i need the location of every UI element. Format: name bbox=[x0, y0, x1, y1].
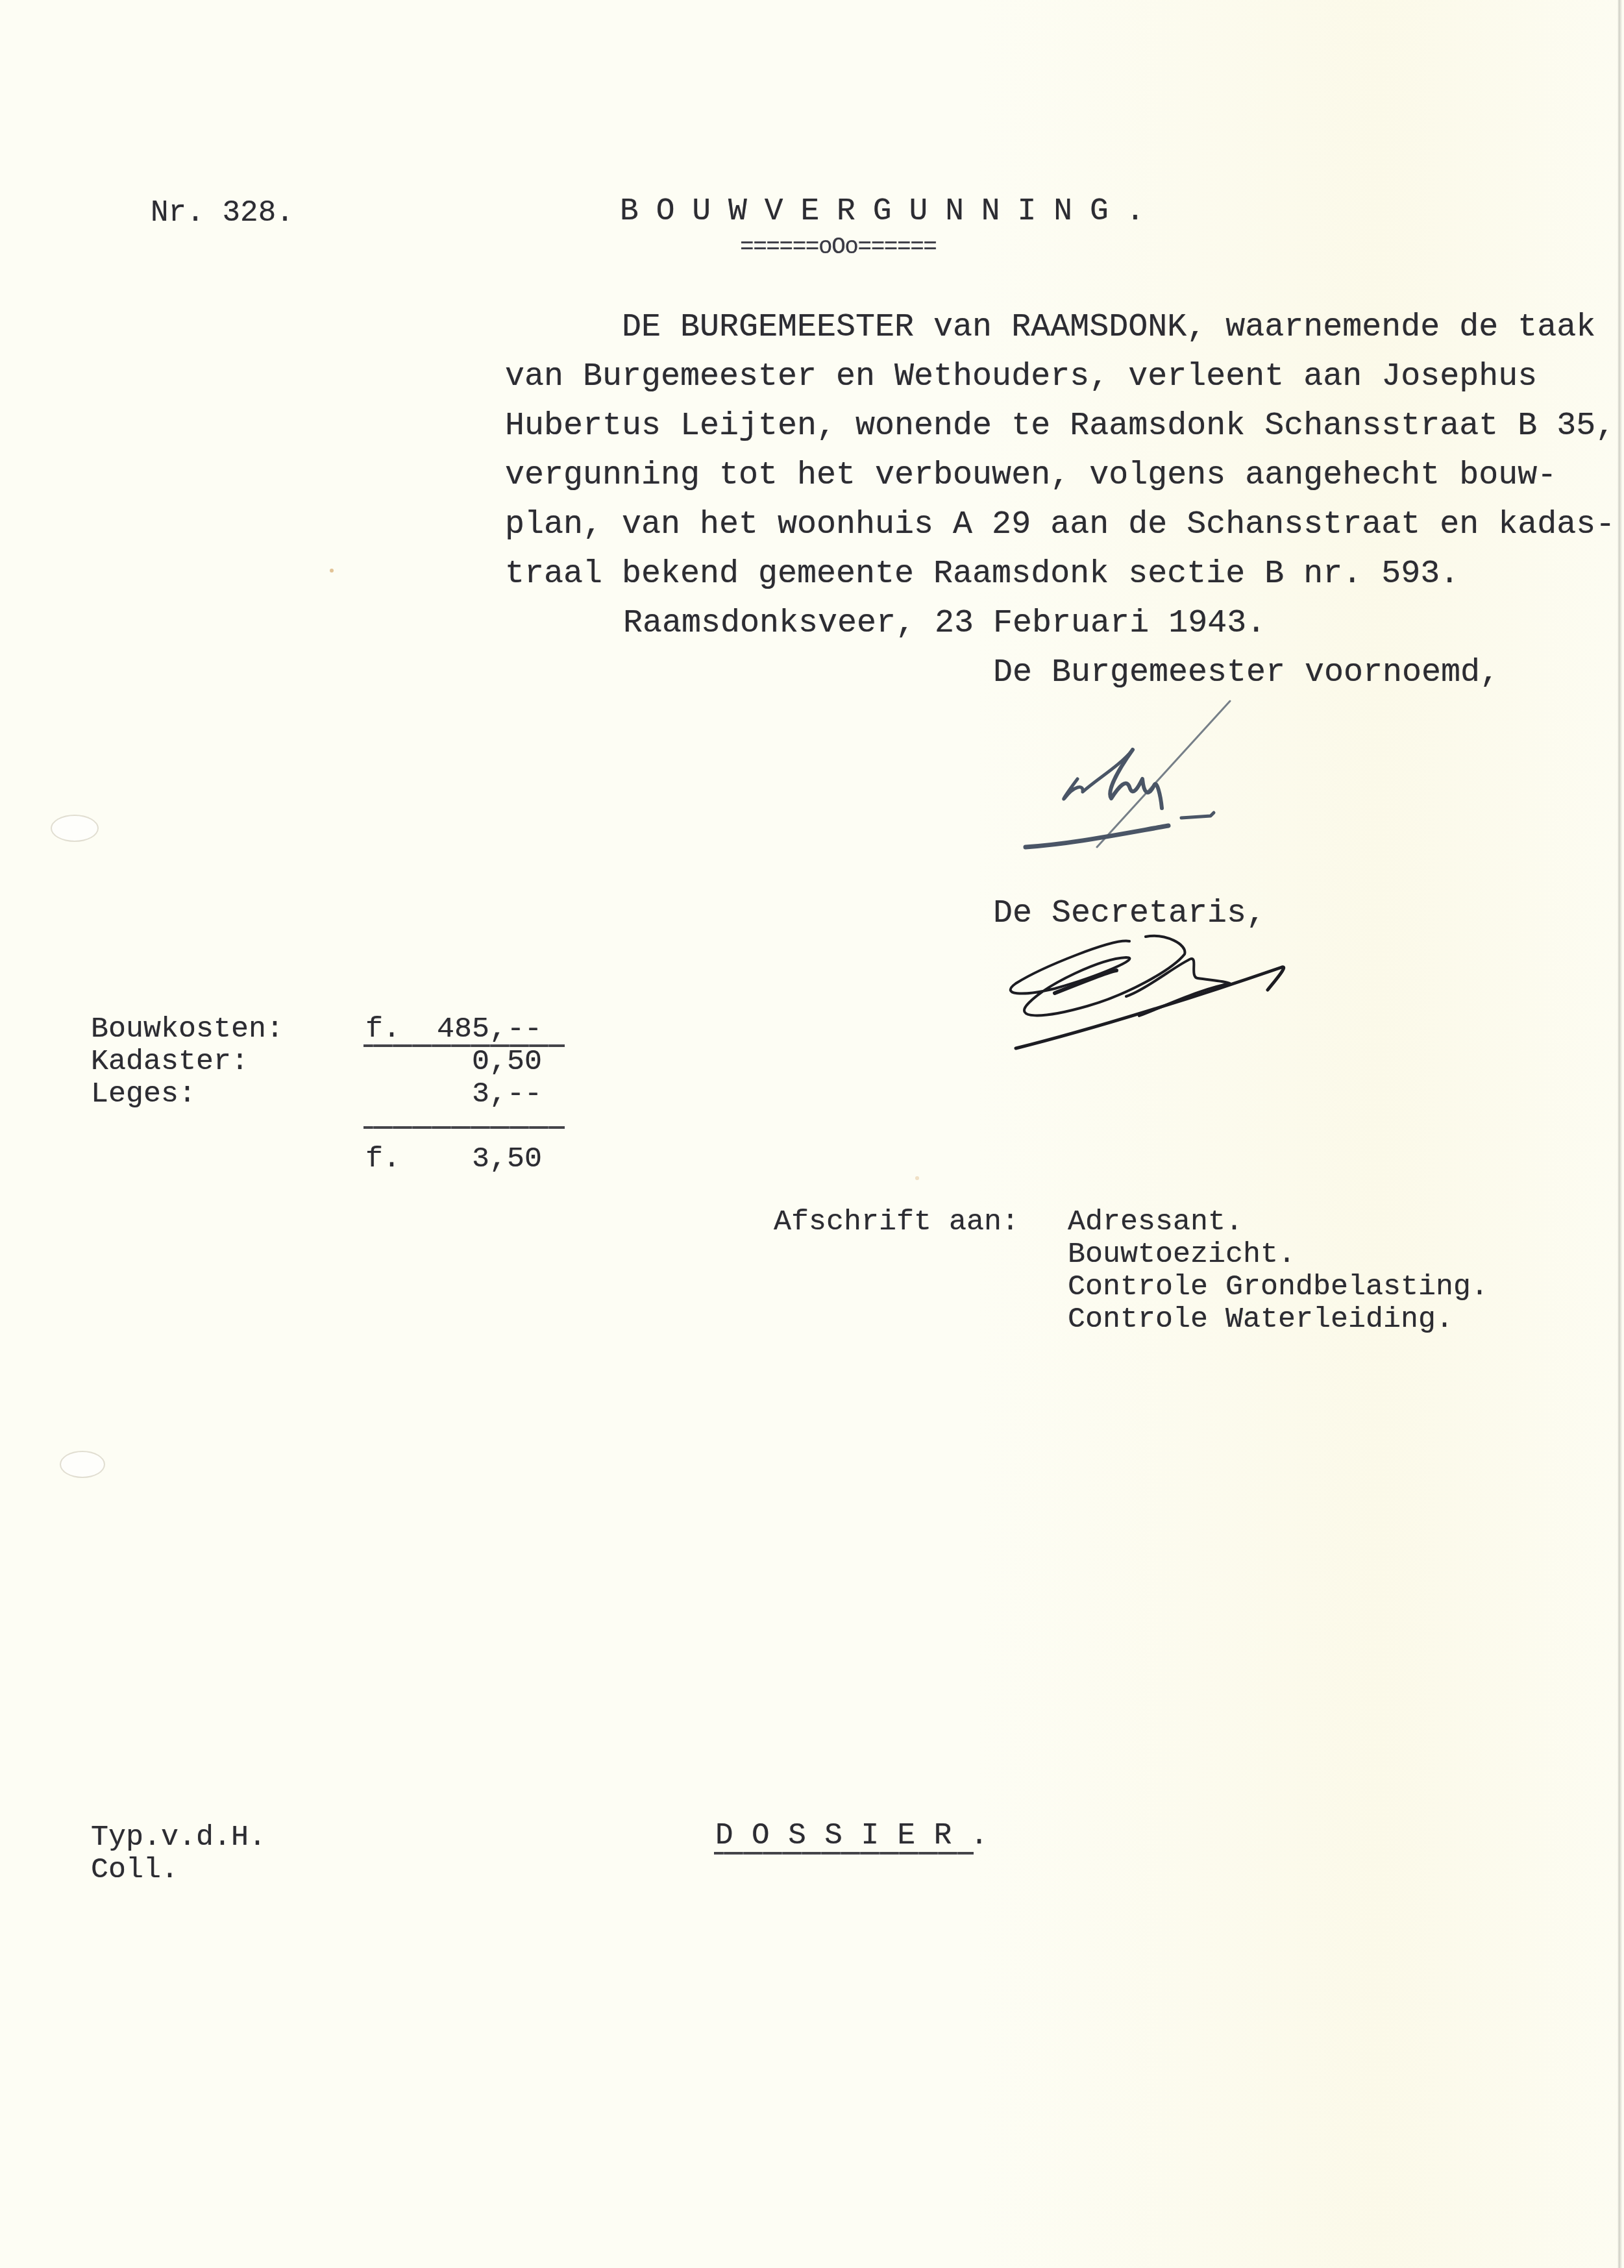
ledger-rule-sum bbox=[363, 1126, 565, 1129]
paper-speck bbox=[330, 569, 334, 573]
copy-recipient: Controle Waterleiding. bbox=[1068, 1305, 1453, 1334]
paragraph-line: vergunning tot het verbouwen, volgens aa… bbox=[505, 460, 1556, 492]
document-title: BOUWVERGUNNING. bbox=[620, 196, 1162, 227]
copies-block: Afschrift aan: Adressant. Bouwtoezicht. … bbox=[774, 1207, 844, 1412]
paragraph-line: van Burgemeester en Wethouders, verleent… bbox=[505, 361, 1537, 393]
title-divider: ======oOo====== bbox=[740, 236, 936, 259]
document-number: Nr. 328. bbox=[151, 198, 294, 228]
paragraph-line: DE BURGEMEESTER van RAAMSDONK, waarnemen… bbox=[505, 312, 1595, 344]
paragraph-line: Hubertus Leijten, wonende te Raamsdonk S… bbox=[505, 410, 1615, 443]
copy-recipient: Controle Grondbelasting. bbox=[1068, 1272, 1488, 1301]
fees-amounts: f. 485,-- 0,50 3,-- f. 3,50 bbox=[363, 1015, 565, 1248]
copy-recipient: Bouwtoezicht. bbox=[1068, 1240, 1296, 1269]
paragraph-line: traal bekend gemeente Raamsdonk sectie B… bbox=[505, 558, 1459, 591]
typist-initials: Typ.v.d.H. bbox=[91, 1823, 266, 1852]
punch-hole-top bbox=[51, 815, 99, 842]
collated-mark: Coll. bbox=[91, 1855, 178, 1884]
fee-label-bouwkosten: Bouwkosten: bbox=[91, 1015, 284, 1044]
total-currency: f. bbox=[365, 1144, 400, 1174]
fee-amount-kadaster: 0,50 bbox=[472, 1047, 542, 1076]
copy-recipient: Adressant. bbox=[1068, 1207, 1243, 1237]
total-amount: 3,50 bbox=[472, 1144, 542, 1174]
typist-block: Typ.v.d.H. Coll. bbox=[91, 1823, 161, 1940]
dossier-underline bbox=[714, 1852, 974, 1855]
fee-label-leges: Leges: bbox=[91, 1079, 196, 1109]
ledger-rule-top bbox=[363, 1044, 565, 1047]
copies-label: Afschrift aan: bbox=[774, 1207, 1019, 1237]
fee-currency: f. bbox=[365, 1015, 400, 1044]
dossier-label: DOSSIER. bbox=[715, 1821, 1007, 1851]
paragraph-line: plan, van het woonhuis A 29 aan de Schan… bbox=[505, 509, 1615, 541]
mayor-signature bbox=[1000, 688, 1337, 883]
punch-hole-bottom bbox=[60, 1451, 105, 1478]
secretary-signatory-label: De Secretaris, bbox=[993, 898, 1266, 930]
paper-speck bbox=[915, 1176, 919, 1180]
fee-label-kadaster: Kadaster: bbox=[91, 1047, 249, 1076]
permit-paragraph: DE BURGEMEESTER van RAAMSDONK, waarnemen… bbox=[505, 312, 583, 571]
fee-amount-leges: 3,-- bbox=[472, 1079, 542, 1109]
secretary-signature bbox=[1003, 918, 1366, 1087]
mayor-signatory-label: De Burgemeester voornoemd, bbox=[993, 657, 1499, 689]
document-page: Nr. 328. BOUWVERGUNNING. ======oOo======… bbox=[0, 0, 1624, 2268]
fee-amount-bouwkosten: 485,-- bbox=[437, 1015, 542, 1044]
place-date: Raamsdonksveer, 23 Februari 1943. bbox=[623, 608, 1266, 640]
fees-labels: Bouwkosten: Kadaster: Leges: bbox=[91, 1015, 161, 1161]
